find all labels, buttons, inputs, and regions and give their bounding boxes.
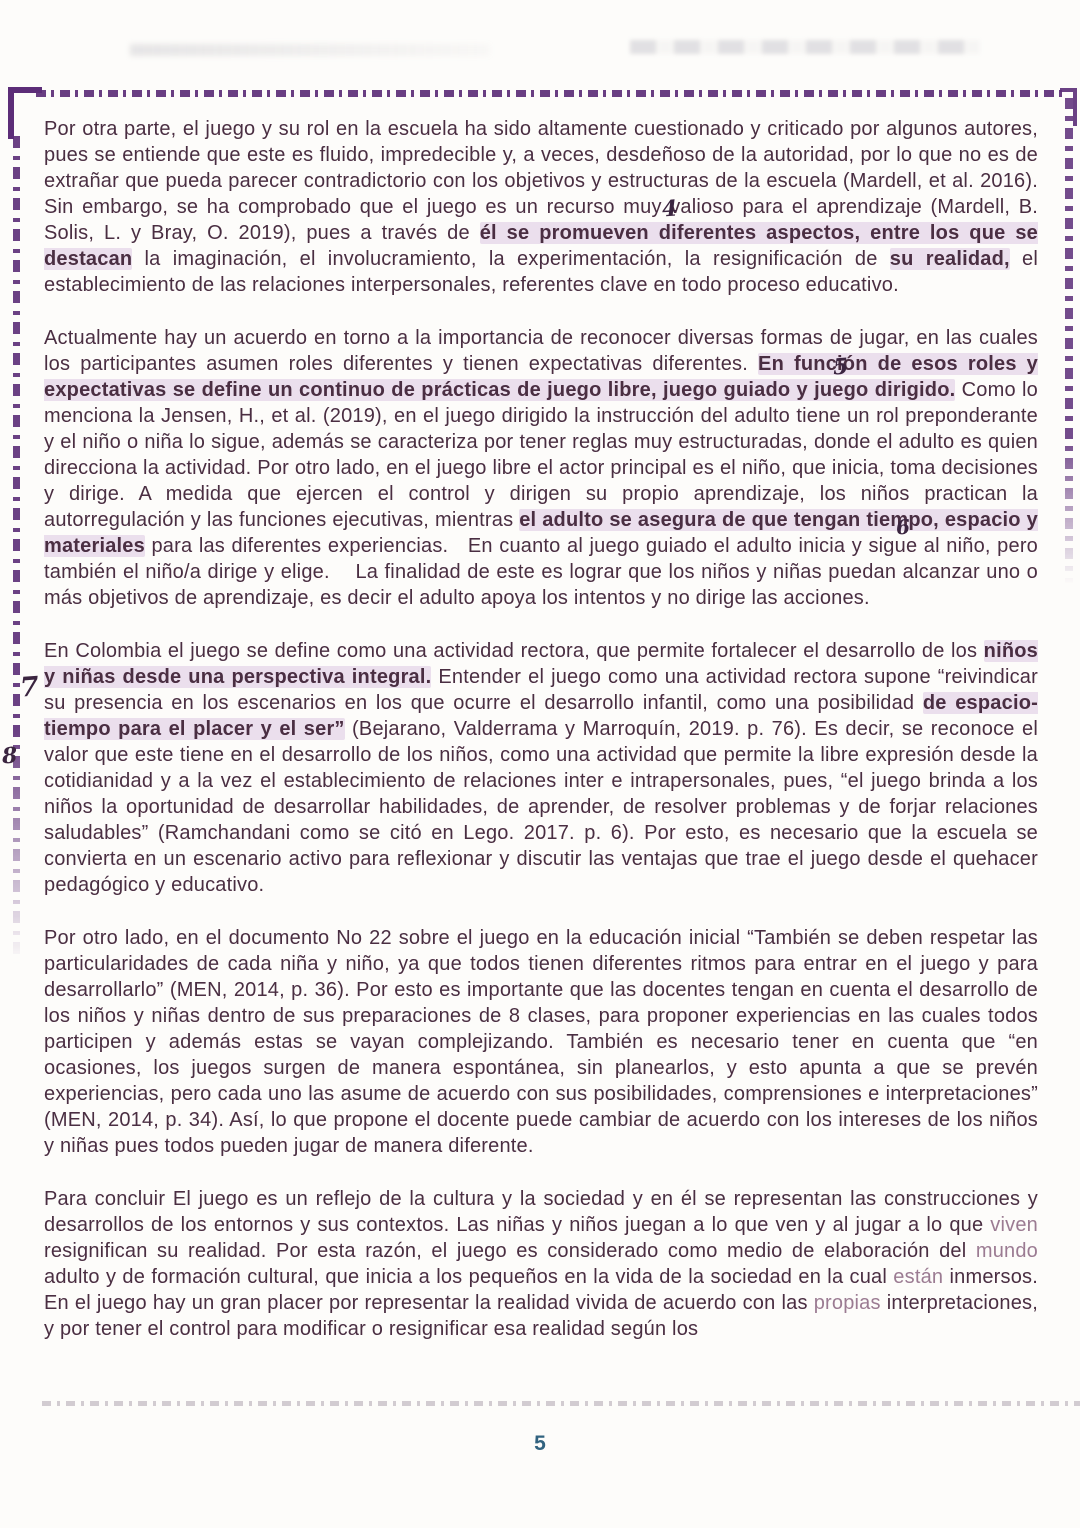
bleedthrough-smudge bbox=[130, 44, 490, 56]
paragraph-1: Por otra parte, el juego y su rol en la … bbox=[44, 116, 1038, 298]
handwritten-annotation-8: 8 bbox=[1, 744, 18, 767]
handwritten-annotation-5: 5 bbox=[832, 355, 849, 378]
paragraph-2: Actualmente hay un acuerdo en torno a la… bbox=[44, 325, 1038, 611]
paragraph-3: En Colombia el juego se define como una … bbox=[44, 638, 1038, 898]
dashed-border-bottom bbox=[42, 1401, 1080, 1406]
handwritten-annotation-7: 7 bbox=[19, 673, 40, 701]
paragraph-4: Por otro lado, en el documento No 22 sob… bbox=[44, 925, 1038, 1159]
paragraph-5: Para concluir El juego es un reflejo de … bbox=[44, 1186, 1038, 1342]
handwritten-annotation-6: 6 bbox=[895, 517, 910, 538]
handwritten-annotation-4: 4 bbox=[661, 197, 678, 220]
bleedthrough-smudge bbox=[630, 40, 980, 54]
dashed-border-left bbox=[13, 136, 20, 964]
dashed-border-right bbox=[1065, 98, 1073, 584]
page-number: 5 bbox=[0, 1432, 1080, 1456]
dashed-border-top bbox=[36, 90, 1062, 97]
document-body: Por otra parte, el juego y su rol en la … bbox=[44, 116, 1038, 1369]
scanned-document-page: Por otra parte, el juego y su rol en la … bbox=[0, 0, 1080, 1528]
